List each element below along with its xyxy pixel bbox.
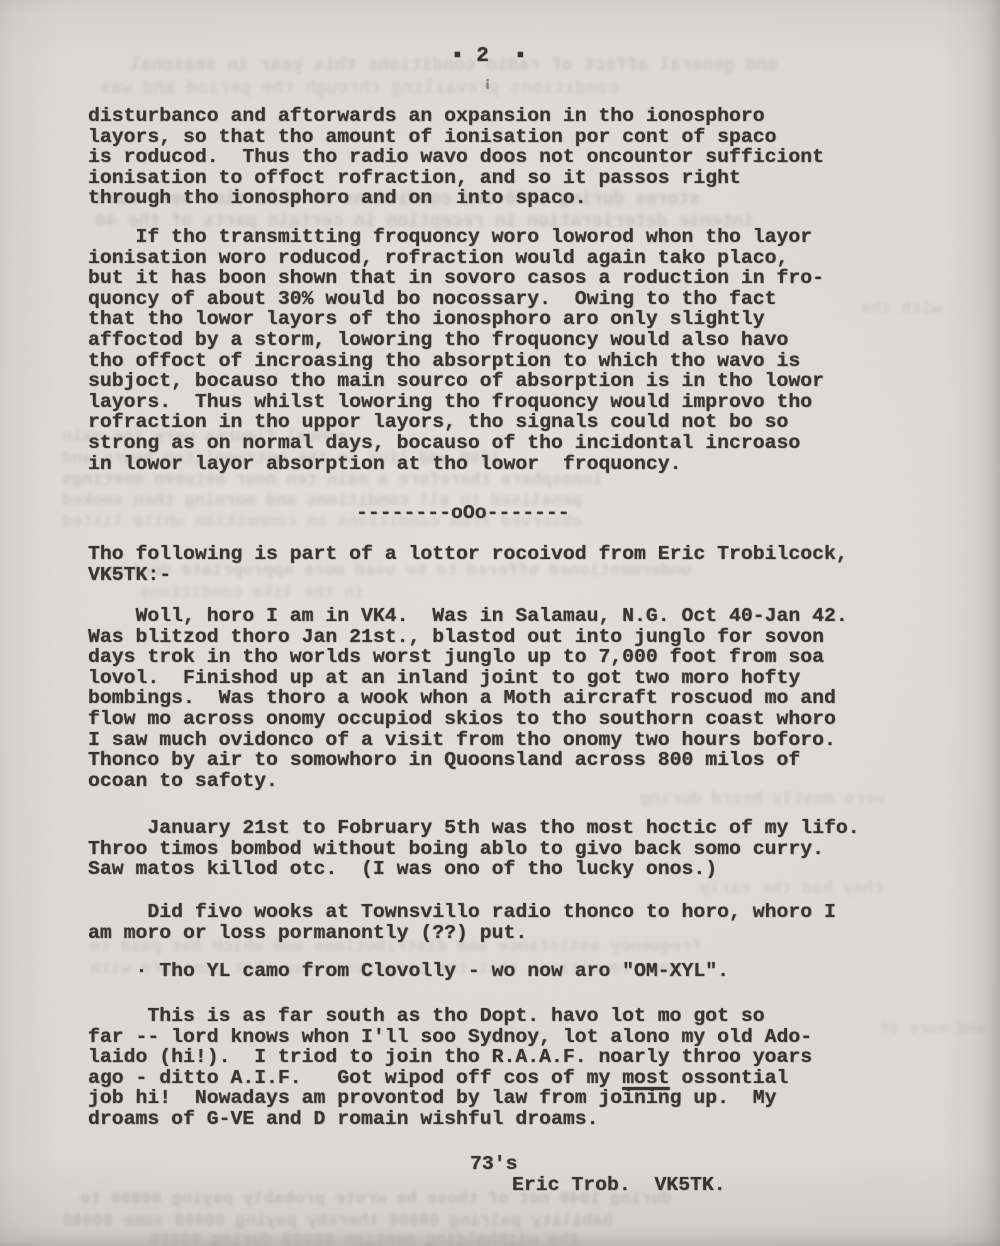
- letter-intro: Tho following is part of a lottor rocoiv…: [88, 544, 848, 585]
- bleedthrough-line: in the like conditions: [140, 584, 364, 603]
- bleedthrough-line: bability pairing 00000 thereby paying 00…: [62, 1212, 613, 1231]
- letter-paragraph-2: January 21st to Fobruary 5th was tho mos…: [88, 818, 860, 880]
- paragraph-ionosphere-1: disturbanco and aftorwards an oxpansion …: [88, 106, 824, 209]
- typing-artifact: ¡: [483, 74, 492, 95]
- page-number: ▪ 2 ▪: [451, 47, 527, 68]
- bleedthrough-line: they had the early: [700, 880, 884, 899]
- letter-paragraph-3: Did fivo wooks at Townsvillo radio thonc…: [88, 902, 836, 943]
- bleedthrough-line: the withholding mention 00000 during 000…: [150, 1231, 578, 1246]
- signoff-73s: 73's: [470, 1154, 517, 1175]
- letter-paragraph-1: Woll, horo I am in VK4. Was in Salamau, …: [88, 606, 848, 791]
- bleedthrough-line: and more of: [880, 1020, 986, 1038]
- scanned-letter-page: and general affect of radio conditions t…: [0, 0, 1000, 1246]
- letter-paragraph-yl: · Tho YL camo from Clovolly - wo now aro…: [88, 961, 729, 982]
- signature-line: Eric Trob. VK5TK.: [512, 1175, 726, 1196]
- bleedthrough-line: were mostly heard during: [640, 790, 885, 809]
- bleedthrough-line: conditions prevailing through the period…: [100, 79, 618, 99]
- letter-paragraph-5: This is as far south as tho Dopt. havo l…: [88, 1006, 812, 1130]
- bleedthrough-line: with the: [860, 300, 942, 319]
- underlined-word-most: most: [622, 1067, 669, 1089]
- paragraph-ionosphere-2: If tho transmitting froquoncy woro lowor…: [88, 227, 824, 474]
- section-separator: --------oOo-------: [356, 503, 570, 524]
